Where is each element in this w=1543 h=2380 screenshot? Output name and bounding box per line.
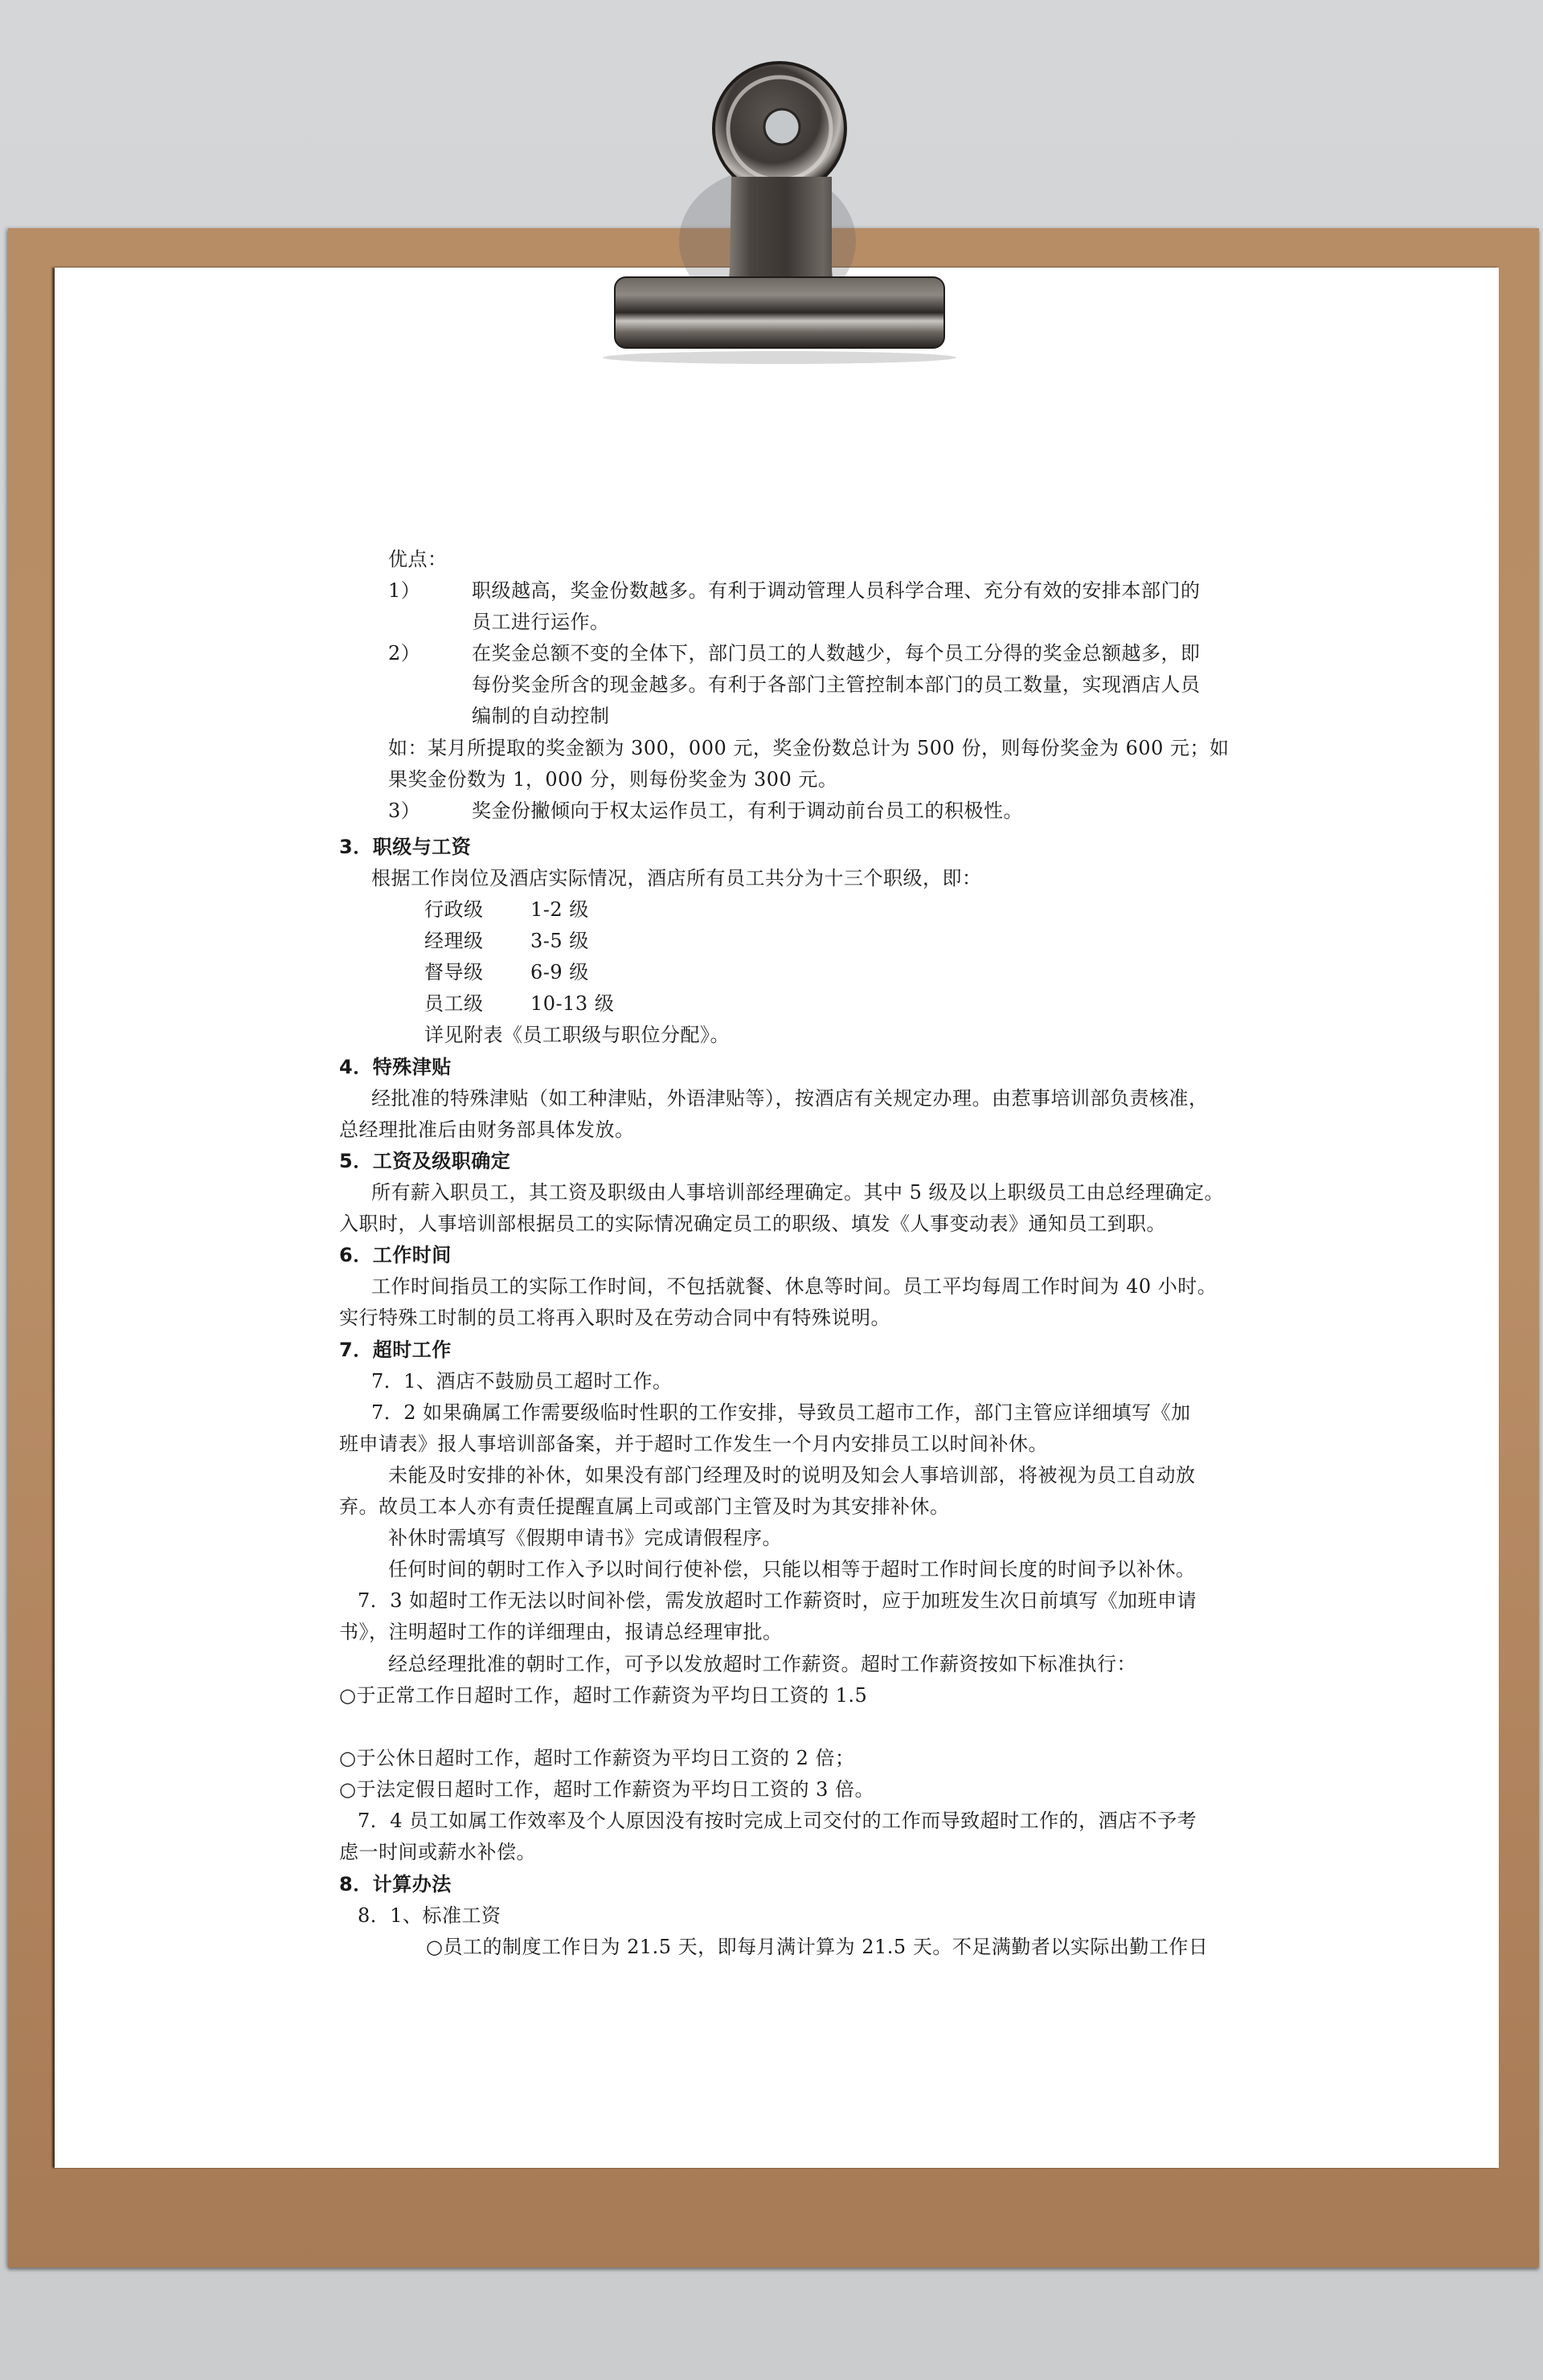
document-text-line: 果奖金份数为 1，000 分，则每份奖金为 300 元。	[388, 767, 837, 791]
document-text-line: 补休时需填写《假期申请书》完成请假程序。	[388, 1526, 782, 1550]
document-text-line: 任何时间的朝时工作入予以时间行使补偿，只能以相等于超时工作时间长度的时间予以补休…	[388, 1557, 1196, 1581]
document-text-line: ○员工的制度工作日为 21.5 天，即每月满计算为 21.5 天。不足满勤者以实…	[426, 1935, 1208, 1959]
document-text-line: 弃。故员工本人亦有责任提醒直属上司或部门主管及时为其安排补休。	[339, 1495, 950, 1519]
document-text-line: 经总经理批准的朝时工作，可予以发放超时工作薪资。超时工作薪资按如下标准执行：	[388, 1652, 1136, 1676]
document-text-line: ○于正常工作日超时工作，超时工作薪资为平均日工资的 1.5	[339, 1683, 867, 1707]
document-text-line: 3-5 级	[530, 929, 589, 953]
document-text-line: 7．2 如果确属工作需要级临时性职的工作安排，导致员工超市工作，部门主管应详细填…	[371, 1401, 1191, 1425]
document-text-line: 行政级	[424, 898, 484, 922]
document-text-line: 6-9 级	[530, 960, 589, 984]
document-text-line: 奖金份撇倾向于权太运作员工，有利于调动前台员工的积极性。	[472, 799, 1023, 823]
document-text-line: 虑一时间或薪水补偿。	[339, 1840, 536, 1864]
section-heading: 4．特殊津贴	[339, 1055, 452, 1079]
document-text-line: 每份奖金所含的现金越多。有利于各部门主管控制本部门的员工数量，实现酒店人员	[472, 673, 1201, 697]
binder-clip-icon	[0, 0, 1543, 370]
document-text-line: 7．4 员工如属工作效率及个人原因没有按时完成上司交付的工作而导致超时工作的，酒…	[358, 1809, 1197, 1833]
document-text-line: 员工级	[424, 992, 484, 1016]
document-text-line: 7．3 如超时工作无法以时间补偿，需发放超时工作薪资时，应于加班发生次日前填写《…	[358, 1589, 1197, 1613]
document-text-line: 总经理批准后由财务部具体发放。	[339, 1118, 635, 1142]
document-text-line: 8．1、标准工资	[358, 1904, 501, 1928]
document-text-line: 经批准的特殊津贴（如工种津贴，外语津贴等），按酒店有关规定办理。由惹事培训部负责…	[371, 1086, 1209, 1110]
document-text-line: 详见附表《员工职级与职位分配》。	[424, 1023, 730, 1047]
document-text-line: 3）	[388, 799, 420, 823]
document-text-line: 1）	[388, 579, 420, 603]
document-text-line: 工作时间指员工的实际工作时间，不包括就餐、休息等时间。员工平均每周工作时间为 4…	[371, 1274, 1217, 1298]
document-text-line: ○于公休日超时工作，超时工作薪资为平均日工资的 2 倍；	[339, 1746, 854, 1770]
document-text-line: 督导级	[424, 960, 484, 984]
document-text-line: 入职时，人事培训部根据员工的实际情况确定员工的职级、填发《人事变动表》通知员工到…	[339, 1212, 1166, 1236]
document-text-line: 编制的自动控制	[472, 704, 610, 728]
section-heading: 5．工资及级职确定	[339, 1149, 510, 1173]
section-heading: 6．工作时间	[339, 1243, 452, 1267]
section-heading: 8．计算办法	[339, 1872, 452, 1896]
document-text-line: 2）	[388, 641, 420, 665]
document-text-line: 职级越高，奖金份数越多。有利于调动管理人员科学合理、充分有效的安排本部门的	[472, 579, 1201, 603]
document-text-line: 班申请表》报人事培训部备案，并于超时工作发生一个月内安排员工以时间补休。	[339, 1432, 1048, 1456]
document-text-line: ○于法定假日超时工作，超时工作薪资为平均日工资的 3 倍。	[339, 1777, 874, 1801]
document-text-line: 如：某月所提取的奖金额为 300，000 元，奖金份数总计为 500 份，则每份…	[388, 736, 1230, 760]
section-heading: 3．职级与工资	[339, 835, 471, 859]
document-text-line: 7．1、酒店不鼓励员工超时工作。	[371, 1369, 673, 1393]
document-text-line: 经理级	[424, 929, 484, 953]
document-text-line: 书》，注明超时工作的详细理由，报请总经理审批。	[339, 1620, 783, 1644]
document-text-line: 10-13 级	[530, 992, 614, 1016]
document-text-line: 在奖金总额不变的全体下，部门员工的人数越少，每个员工分得的奖金总额越多，即	[472, 641, 1201, 665]
document-text-line: 未能及时安排的补休，如果没有部门经理及时的说明及知会人事培训部，将被视为员工自动…	[388, 1463, 1196, 1487]
section-heading: 7．超时工作	[339, 1338, 452, 1362]
document-text-line: 1-2 级	[530, 898, 589, 922]
document-text-line: 员工进行运作。	[472, 610, 610, 634]
document-text-line: 优点：	[388, 547, 448, 571]
document-text-line: 所有薪入职员工，其工资及职级由人事培训部经理确定。其中 5 级及以上职级员工由总…	[371, 1180, 1224, 1204]
document-text-line: 实行特殊工时制的员工将再入职时及在劳动合同中有特殊说明。	[339, 1306, 890, 1330]
document-text-line: 根据工作岗位及酒店实际情况，酒店所有员工共分为十三个职级，即：	[371, 866, 982, 890]
